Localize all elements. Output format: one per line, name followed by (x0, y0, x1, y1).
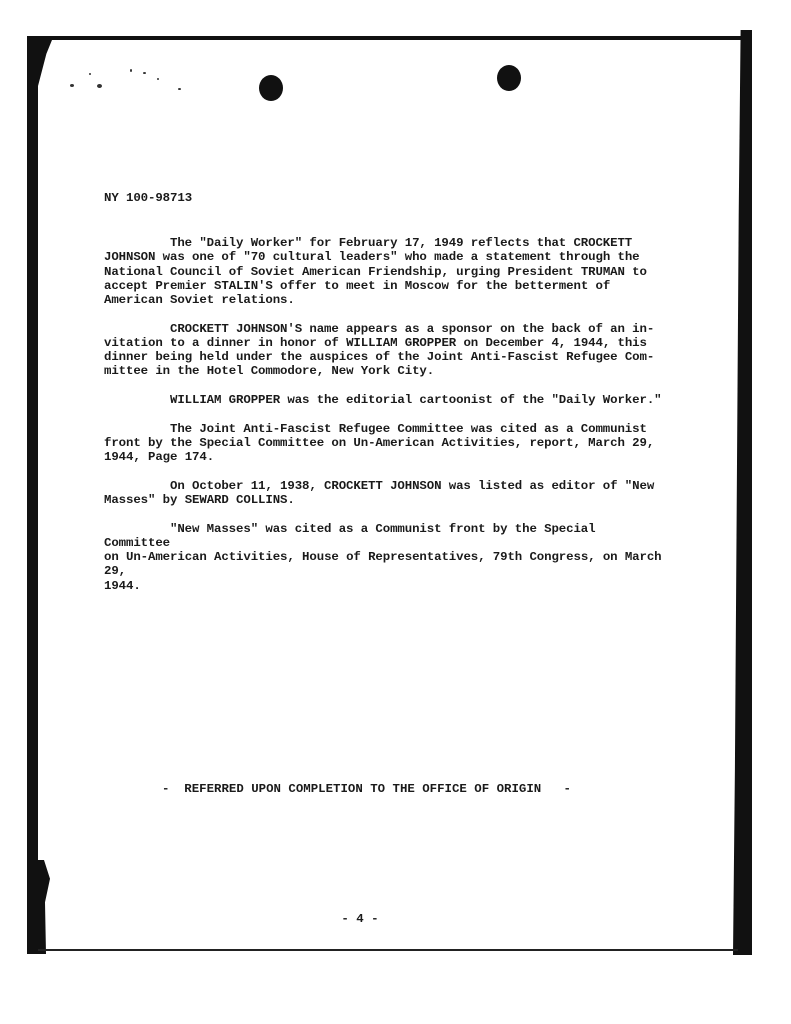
document-body: NY 100-98713 The "Daily Worker" for Febr… (104, 191, 664, 607)
scan-speck (130, 69, 132, 72)
paragraph: WILLIAM GROPPER was the editorial cartoo… (104, 393, 664, 407)
text-line: WILLIAM GROPPER was the editorial cartoo… (104, 393, 664, 407)
scan-speck (178, 88, 181, 90)
scan-border-right (733, 30, 752, 955)
scan-border-bottom (38, 949, 738, 951)
text-line: The "Daily Worker" for February 17, 1949… (104, 236, 664, 250)
paragraphs: The "Daily Worker" for February 17, 1949… (104, 236, 664, 593)
scan-speck (157, 78, 159, 80)
punch-hole (259, 75, 283, 101)
scan-speck (97, 84, 102, 88)
page-number: - 4 - (340, 912, 380, 926)
text-line: Masses" by SEWARD COLLINS. (104, 493, 664, 507)
referral-note: - REFERRED UPON COMPLETION TO THE OFFICE… (162, 782, 572, 796)
text-line: CROCKETT JOHNSON'S name appears as a spo… (104, 322, 664, 336)
text-line: mittee in the Hotel Commodore, New York … (104, 364, 664, 378)
paragraph: The "Daily Worker" for February 17, 1949… (104, 236, 664, 307)
text-line: American Soviet relations. (104, 293, 664, 307)
text-line: accept Premier STALIN'S offer to meet in… (104, 279, 664, 293)
text-line: on Un-American Activities, House of Repr… (104, 550, 664, 578)
file-number: NY 100-98713 (104, 191, 664, 205)
paragraph: On October 11, 1938, CROCKETT JOHNSON wa… (104, 479, 664, 507)
text-line: vitation to a dinner in honor of WILLIAM… (104, 336, 664, 350)
scan-speck (89, 73, 91, 75)
paragraph: "New Masses" was cited as a Communist fr… (104, 522, 664, 593)
paragraph: The Joint Anti-Fascist Refugee Committee… (104, 422, 664, 465)
scan-border-top (27, 36, 744, 40)
scan-border-left (27, 36, 38, 954)
paragraph: CROCKETT JOHNSON'S name appears as a spo… (104, 322, 664, 379)
scan-speck (70, 84, 74, 87)
scan-border-corner (38, 860, 58, 954)
text-line: On October 11, 1938, CROCKETT JOHNSON wa… (104, 479, 664, 493)
text-line: front by the Special Committee on Un-Ame… (104, 436, 664, 450)
text-line: JOHNSON was one of "70 cultural leaders"… (104, 250, 664, 264)
text-line: dinner being held under the auspices of … (104, 350, 664, 364)
punch-hole (497, 65, 521, 91)
scan-border-corner (38, 40, 52, 86)
text-line: 1944. (104, 579, 664, 593)
text-line: 1944, Page 174. (104, 450, 664, 464)
text-line: National Council of Soviet American Frie… (104, 265, 664, 279)
scan-speck (143, 72, 146, 74)
text-line: "New Masses" was cited as a Communist fr… (104, 522, 664, 550)
text-line: The Joint Anti-Fascist Refugee Committee… (104, 422, 664, 436)
